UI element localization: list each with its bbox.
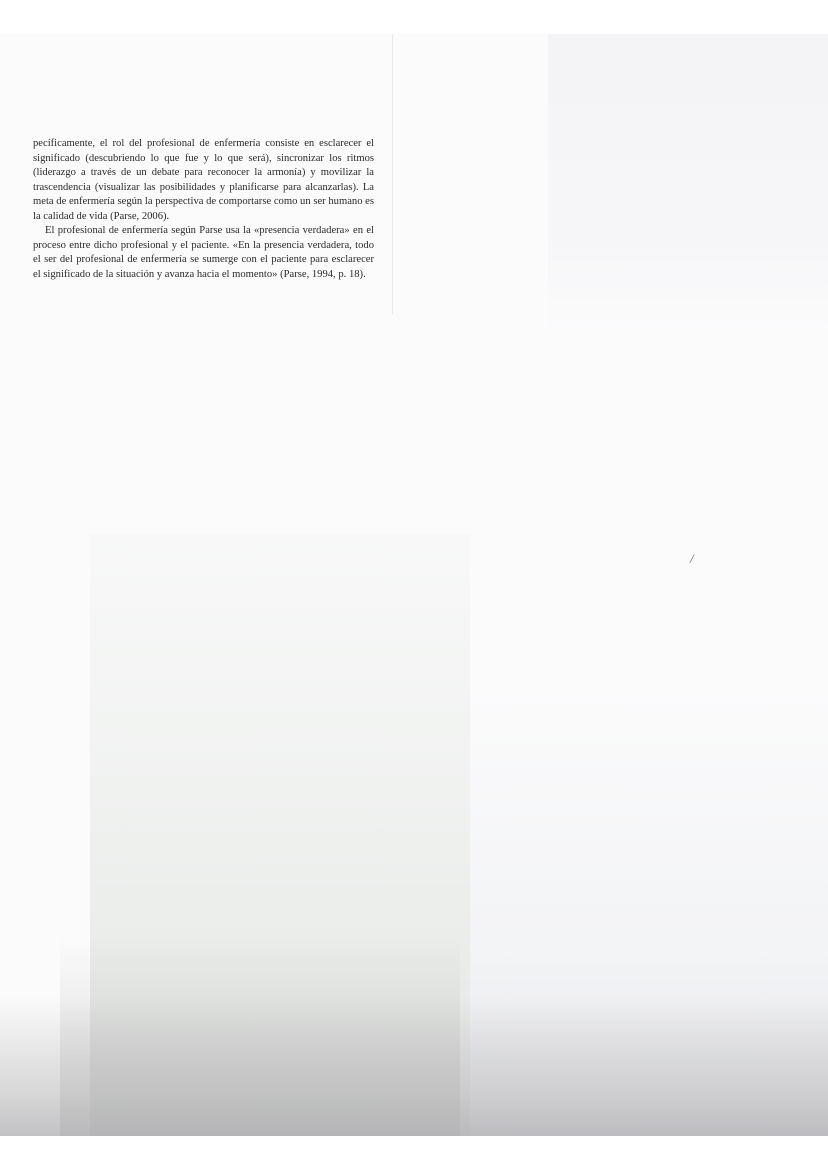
- scanned-page: pecíficamente, el rol del profesional de…: [0, 34, 828, 1136]
- body-text: pecíficamente, el rol del profesional de…: [33, 137, 374, 282]
- paragraph: El profesional de enfermería según Parse…: [33, 224, 374, 282]
- pen-mark: /: [690, 552, 698, 566]
- page-shadow: [0, 996, 828, 1136]
- column-divider: [392, 34, 393, 314]
- paragraph: pecíficamente, el rol del profesional de…: [33, 137, 374, 224]
- bleed-through-region: [548, 34, 828, 334]
